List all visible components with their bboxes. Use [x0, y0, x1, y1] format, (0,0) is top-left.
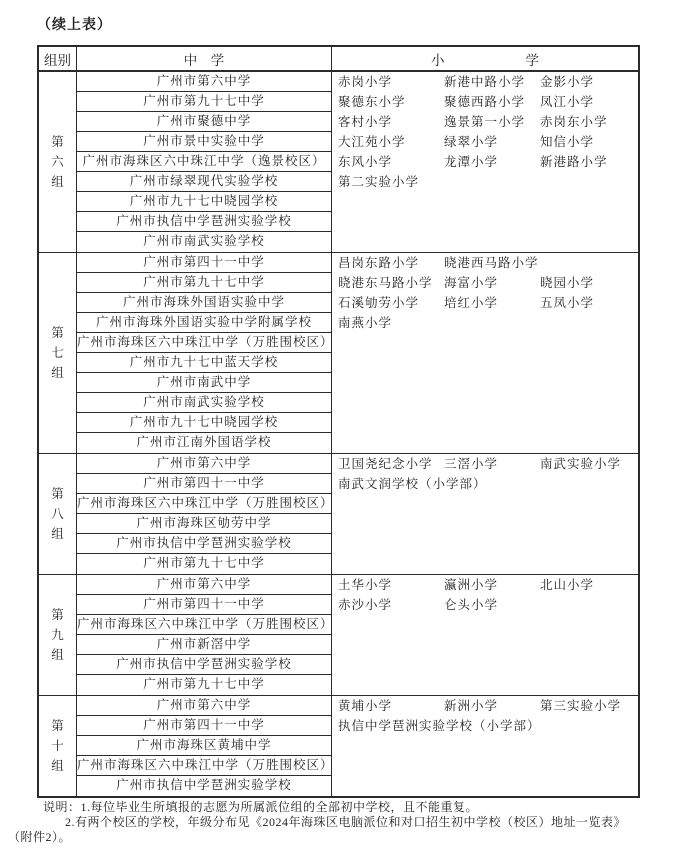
group-label-cell: 第七组	[39, 253, 77, 453]
primary-school-name: 绿翠小学	[444, 132, 540, 152]
primary-school-name: 逸景第一小学	[444, 112, 540, 132]
primary-school-name: 赤岗东小学	[540, 112, 638, 132]
groups-container: 第六组广州市第六中学广州市第九十七中学广州市聚德中学广州市景中实验中学广州市海珠…	[39, 72, 638, 796]
primary-school-name: 南燕小学	[338, 313, 444, 333]
primary-school-name: 新港中路小学	[444, 72, 540, 92]
middle-school-cell: 广州市第六中学广州市第四十一中学广州市海珠区六中珠江中学（万胜围校区）广州市海珠…	[77, 454, 332, 574]
primary-school-name: 培红小学	[444, 293, 540, 313]
primary-school-name: 晓港东马路小学	[338, 273, 444, 293]
group-row: 第六组广州市第六中学广州市第九十七中学广州市聚德中学广州市景中实验中学广州市海珠…	[39, 72, 638, 253]
group-label: 第六组	[51, 132, 65, 192]
primary-school-name: 南武实验小学	[540, 454, 638, 474]
note-line-1: 说明：1.每位毕业生所填报的志愿为所属派位组的全部初中学校，且不能重复。	[0, 800, 672, 815]
primary-school-row: 执信中学琶洲实验学校（小学部）	[338, 716, 638, 736]
primary-school-name: 新港路小学	[540, 152, 638, 172]
primary-school-name: 石溪劬劳小学	[338, 293, 444, 313]
primary-school-name: 土华小学	[338, 575, 444, 595]
middle-school-name: 广州市聚德中学	[77, 112, 331, 132]
primary-school-row: 黄埔小学新洲小学第三实验小学	[338, 696, 638, 716]
group-label: 第八组	[51, 484, 65, 544]
primary-school-row: 第二实验小学	[338, 172, 638, 192]
primary-school-cell: 卫国尧纪念小学三滘小学南武实验小学南武文润学校（小学部）	[332, 454, 638, 574]
primary-school-name: 金影小学	[540, 72, 638, 92]
primary-school-row: 昌岗东路小学晓港西马路小学	[338, 253, 638, 273]
middle-school-name: 广州市第四十一中学	[77, 474, 331, 494]
primary-school-name: 仑头小学	[444, 595, 540, 615]
group-label-cell: 第六组	[39, 72, 77, 252]
group-label-cell: 第八组	[39, 454, 77, 574]
middle-school-name: 广州市九十七中晓园学校	[77, 192, 331, 212]
primary-school-row: 石溪劬劳小学培红小学五凤小学	[338, 293, 638, 313]
middle-school-name: 广州市海珠外国语实验中学	[77, 293, 331, 313]
group-row: 第七组广州市第四十一中学广州市第九十七中学广州市海珠外国语实验中学广州市海珠外国…	[39, 253, 638, 454]
middle-school-name: 广州市第六中学	[77, 575, 331, 595]
group-label: 第七组	[51, 323, 65, 383]
primary-school-cell: 黄埔小学新洲小学第三实验小学执信中学琶洲实验学校（小学部）	[332, 696, 638, 796]
middle-school-name: 广州市海珠区黄埔中学	[77, 736, 331, 756]
primary-school-name: 瀛洲小学	[444, 575, 540, 595]
primary-school-name: 东风小学	[338, 152, 444, 172]
header-group-column: 组别	[39, 47, 77, 70]
middle-school-name: 广州市海珠外国语实验中学附属学校	[77, 313, 331, 333]
header-primary-school-column: 小 学	[332, 47, 638, 70]
group-row: 第九组广州市第六中学广州市第四十一中学广州市海珠区六中珠江中学（万胜围校区）广州…	[39, 575, 638, 696]
middle-school-name: 广州市执信中学琶洲实验学校	[77, 212, 331, 232]
middle-school-name: 广州市第四十一中学	[77, 716, 331, 736]
primary-school-row: 土华小学瀛洲小学北山小学	[338, 575, 638, 595]
middle-school-name: 广州市第四十一中学	[77, 253, 331, 273]
middle-school-name: 广州市南武实验学校	[77, 232, 331, 252]
primary-school-name: 南武文润学校（小学部）	[338, 474, 444, 494]
primary-school-row: 晓港东马路小学海富小学晓园小学	[338, 273, 638, 293]
primary-school-row: 大江苑小学绿翠小学知信小学	[338, 132, 638, 152]
primary-school-name: 赤沙小学	[338, 595, 444, 615]
middle-school-name: 广州市第九十七中学	[77, 92, 331, 112]
primary-school-name: 客村小学	[338, 112, 444, 132]
primary-school-name: 北山小学	[540, 575, 638, 595]
group-row: 第十组广州市第六中学广州市第四十一中学广州市海珠区黄埔中学广州市海珠区六中珠江中…	[39, 696, 638, 796]
primary-school-row: 聚德东小学聚德西路小学凤江小学	[338, 92, 638, 112]
middle-school-name: 广州市第九十七中学	[77, 273, 331, 293]
primary-school-row: 赤岗小学新港中路小学金影小学	[338, 72, 638, 92]
primary-school-row: 赤沙小学仑头小学	[338, 595, 638, 615]
primary-school-cell: 昌岗东路小学晓港西马路小学晓港东马路小学海富小学晓园小学石溪劬劳小学培红小学五凤…	[332, 253, 638, 453]
primary-school-cell: 赤岗小学新港中路小学金影小学聚德东小学聚德西路小学凤江小学客村小学逸景第一小学赤…	[332, 72, 638, 252]
middle-school-name: 广州市第六中学	[77, 72, 331, 92]
middle-school-name: 广州市南武中学	[77, 373, 331, 393]
middle-school-name: 广州市海珠区六中珠江中学（万胜围校区）	[77, 333, 331, 353]
middle-school-name: 广州市第四十一中学	[77, 595, 331, 615]
middle-school-name: 广州市海珠区六中珠江中学（万胜围校区）	[77, 494, 331, 514]
middle-school-name: 广州市海珠区六中珠江中学（万胜围校区）	[77, 615, 331, 635]
middle-school-name: 广州市海珠区劬劳中学	[77, 514, 331, 534]
primary-school-name: 凤江小学	[540, 92, 638, 112]
middle-school-name: 广州市第九十七中学	[77, 675, 331, 695]
primary-school-name: 三滘小学	[444, 454, 540, 474]
group-label-cell: 第十组	[39, 696, 77, 796]
header-middle-school-column: 中 学	[77, 47, 332, 70]
group-label: 第九组	[51, 605, 65, 665]
middle-school-name: 广州市新滘中学	[77, 635, 331, 655]
primary-school-row: 卫国尧纪念小学三滘小学南武实验小学	[338, 454, 638, 474]
primary-school-name: 聚德东小学	[338, 92, 444, 112]
middle-school-cell: 广州市第六中学广州市第四十一中学广州市海珠区六中珠江中学（万胜围校区）广州市新滘…	[77, 575, 332, 695]
middle-school-cell: 广州市第六中学广州市第九十七中学广州市聚德中学广州市景中实验中学广州市海珠区六中…	[77, 72, 332, 252]
middle-school-name: 广州市第六中学	[77, 454, 331, 474]
middle-school-name: 广州市执信中学琶洲实验学校	[77, 776, 331, 796]
middle-school-name: 广州市第九十七中学	[77, 554, 331, 574]
group-row: 第八组广州市第六中学广州市第四十一中学广州市海珠区六中珠江中学（万胜围校区）广州…	[39, 454, 638, 575]
table-header-row: 组别 中 学 小 学	[39, 47, 638, 72]
primary-school-name: 昌岗东路小学	[338, 253, 444, 273]
middle-school-name: 广州市江南外国语学校	[77, 433, 331, 453]
primary-school-name: 大江苑小学	[338, 132, 444, 152]
notes: 说明：1.每位毕业生所填报的志愿为所属派位组的全部初中学校，且不能重复。 2.有…	[0, 800, 672, 845]
primary-school-name: 赤岗小学	[338, 72, 444, 92]
middle-school-name: 广州市执信中学琶洲实验学校	[77, 534, 331, 554]
group-label: 第十组	[51, 716, 65, 776]
primary-school-name: 第三实验小学	[540, 696, 638, 716]
primary-school-row: 南武文润学校（小学部）	[338, 474, 638, 494]
middle-school-name: 广州市第六中学	[77, 696, 331, 716]
middle-school-cell: 广州市第六中学广州市第四十一中学广州市海珠区黄埔中学广州市海珠区六中珠江中学（万…	[77, 696, 332, 796]
page-title: （续上表）	[37, 14, 112, 34]
primary-school-name: 第二实验小学	[338, 172, 444, 192]
middle-school-name: 广州市绿翠现代实验学校	[77, 172, 331, 192]
middle-school-name: 广州市景中实验中学	[77, 132, 331, 152]
middle-school-name: 广州市九十七中晓园学校	[77, 413, 331, 433]
middle-school-name: 广州市海珠区六中珠江中学（万胜围校区）	[77, 756, 331, 776]
middle-school-name: 广州市九十七中蓝天学校	[77, 353, 331, 373]
middle-school-name: 广州市执信中学琶洲实验学校	[77, 655, 331, 675]
middle-school-name: 广州市南武实验学校	[77, 393, 331, 413]
middle-school-cell: 广州市第四十一中学广州市第九十七中学广州市海珠外国语实验中学广州市海珠外国语实验…	[77, 253, 332, 453]
primary-school-name: 五凤小学	[540, 293, 638, 313]
primary-school-name: 聚德西路小学	[444, 92, 540, 112]
primary-school-name: 晓园小学	[540, 273, 638, 293]
primary-school-row: 东风小学龙潭小学新港路小学	[338, 152, 638, 172]
primary-school-cell: 土华小学瀛洲小学北山小学赤沙小学仑头小学	[332, 575, 638, 695]
primary-school-name: 新洲小学	[444, 696, 540, 716]
primary-school-name: 执信中学琶洲实验学校（小学部）	[338, 716, 444, 736]
primary-school-name: 晓港西马路小学	[444, 253, 540, 273]
note-line-3: （附件2）。	[0, 830, 672, 845]
primary-school-name: 黄埔小学	[338, 696, 444, 716]
middle-school-name: 广州市海珠区六中珠江中学（逸景校区）	[77, 152, 331, 172]
primary-school-name: 卫国尧纪念小学	[338, 454, 444, 474]
primary-school-name: 海富小学	[444, 273, 540, 293]
allocation-table: 组别 中 学 小 学 第六组广州市第六中学广州市第九十七中学广州市聚德中学广州市…	[37, 45, 640, 798]
primary-school-row: 南燕小学	[338, 313, 638, 333]
document-page: （续上表） 组别 中 学 小 学 第六组广州市第六中学广州市第九十七中学广州市聚…	[0, 0, 675, 851]
primary-school-row: 客村小学逸景第一小学赤岗东小学	[338, 112, 638, 132]
primary-school-name: 知信小学	[540, 132, 638, 152]
note-line-2: 2.有两个校区的学校，年级分布见《2024年海珠区电脑派位和对口招生初中学校（校…	[0, 815, 672, 830]
primary-school-name: 龙潭小学	[444, 152, 540, 172]
group-label-cell: 第九组	[39, 575, 77, 695]
